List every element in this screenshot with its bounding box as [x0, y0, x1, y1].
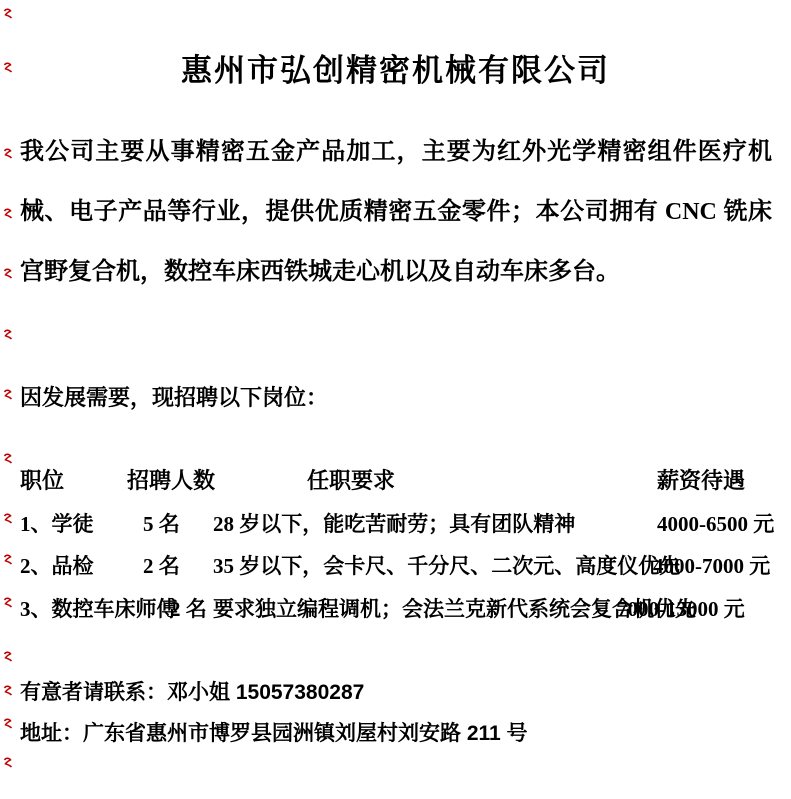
job-position: 3、数控车床师傅: [20, 593, 178, 623]
document-page: 惠州市弘创精密机械有限公司 我公司主要从事精密五金产品加工，主要为红外光学精密组…: [0, 0, 791, 799]
company-intro: 我公司主要从事精密五金产品加工，主要为红外光学精密组件医疗机械、电子产品等行业，…: [20, 122, 772, 302]
red-annotation-mark: [3, 389, 13, 401]
header-position: 职位: [20, 464, 64, 495]
red-annotation-mark: [3, 8, 13, 20]
job-count: 2 名: [170, 593, 207, 623]
job-table-header: 职位 招聘人数 任职要求 薪资待遇: [0, 464, 791, 496]
red-annotation-mark: [3, 148, 13, 160]
job-count: 2 名: [143, 550, 180, 580]
job-salary: 4000-7000 元: [653, 550, 770, 580]
red-annotation-mark: [3, 651, 13, 663]
contact-line: 有意者请联系：邓小姐 15057380287: [20, 676, 364, 706]
header-count: 招聘人数: [127, 464, 215, 495]
red-annotation-mark: [3, 329, 13, 341]
recruitment-intro: 因发展需要，现招聘以下岗位：: [20, 381, 328, 412]
job-salary: 4000-6500 元: [657, 508, 774, 538]
red-annotation-mark: [3, 268, 13, 280]
red-annotation-mark: [3, 757, 13, 769]
header-requirement: 任职要求: [307, 464, 395, 495]
job-row: 1、学徒 5 名 28 岁以下，能吃苦耐劳；具有团队精神 4000-6500 元: [0, 508, 791, 540]
header-salary: 薪资待遇: [657, 464, 745, 495]
red-annotation-mark: [3, 208, 13, 220]
job-row: 3、数控车床师傅 2 名 要求独立编程调机；会法兰克新代系统会复合机优先 700…: [0, 593, 791, 625]
company-title: 惠州市弘创精密机械有限公司: [0, 45, 791, 90]
job-count: 5 名: [143, 508, 180, 538]
red-annotation-mark: [3, 685, 13, 697]
job-position: 2、品检: [20, 550, 94, 580]
red-annotation-mark: [3, 718, 13, 730]
job-row: 2、品检 2 名 35 岁以下，会卡尺、千分尺、二次元、高度仪优先 4000-7…: [0, 550, 791, 582]
job-salary: 7000-13000 元: [617, 593, 745, 623]
job-requirement: 28 岁以下，能吃苦耐劳；具有团队精神: [213, 508, 575, 538]
job-position: 1、学徒: [20, 508, 94, 538]
address-line: 地址：广东省惠州市博罗县园洲镇刘屋村刘安路 211 号: [20, 717, 528, 747]
job-requirement: 35 岁以下，会卡尺、千分尺、二次元、高度仪优先: [213, 550, 680, 580]
